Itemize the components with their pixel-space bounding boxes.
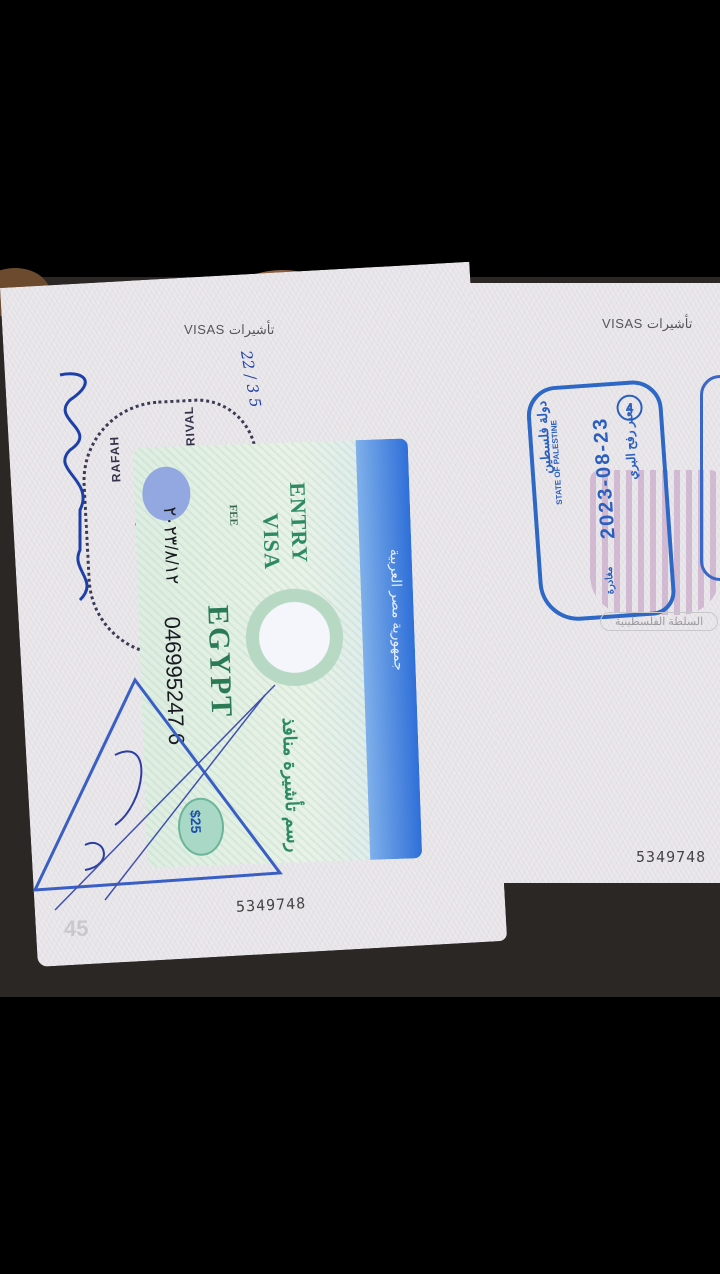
second-stamp-partial xyxy=(700,375,720,581)
page-number: 45 xyxy=(64,916,88,942)
stamp-direction: مغادرة xyxy=(604,566,617,594)
sticker-entry-text: ENTRY xyxy=(284,482,313,564)
triangle-stamp xyxy=(25,675,295,915)
sticker-visa-text: VISA xyxy=(257,513,285,570)
left-page-header: VISAS تأشيرات xyxy=(184,322,274,338)
stamp-date: 2023-08-23 xyxy=(589,416,620,540)
palestine-stamp: 4 دولة فلسطين STATE OF PALESTINE 2023-08… xyxy=(525,379,677,624)
right-page-serial: 5349748 xyxy=(636,848,706,866)
authority-label: السلطة الفلسطينية xyxy=(600,612,718,631)
stamp-state-english: STATE OF PALESTINE xyxy=(549,420,564,505)
right-page-header: VISAS تأشيرات xyxy=(602,316,692,332)
signature-scribble xyxy=(40,360,130,620)
sticker-arabic-title: جمهورية مصر العربية xyxy=(387,549,407,671)
sticker-fee-label: FEE xyxy=(227,504,240,526)
visa-date: ٢٠٢٣/٨/١٢ xyxy=(159,506,184,584)
